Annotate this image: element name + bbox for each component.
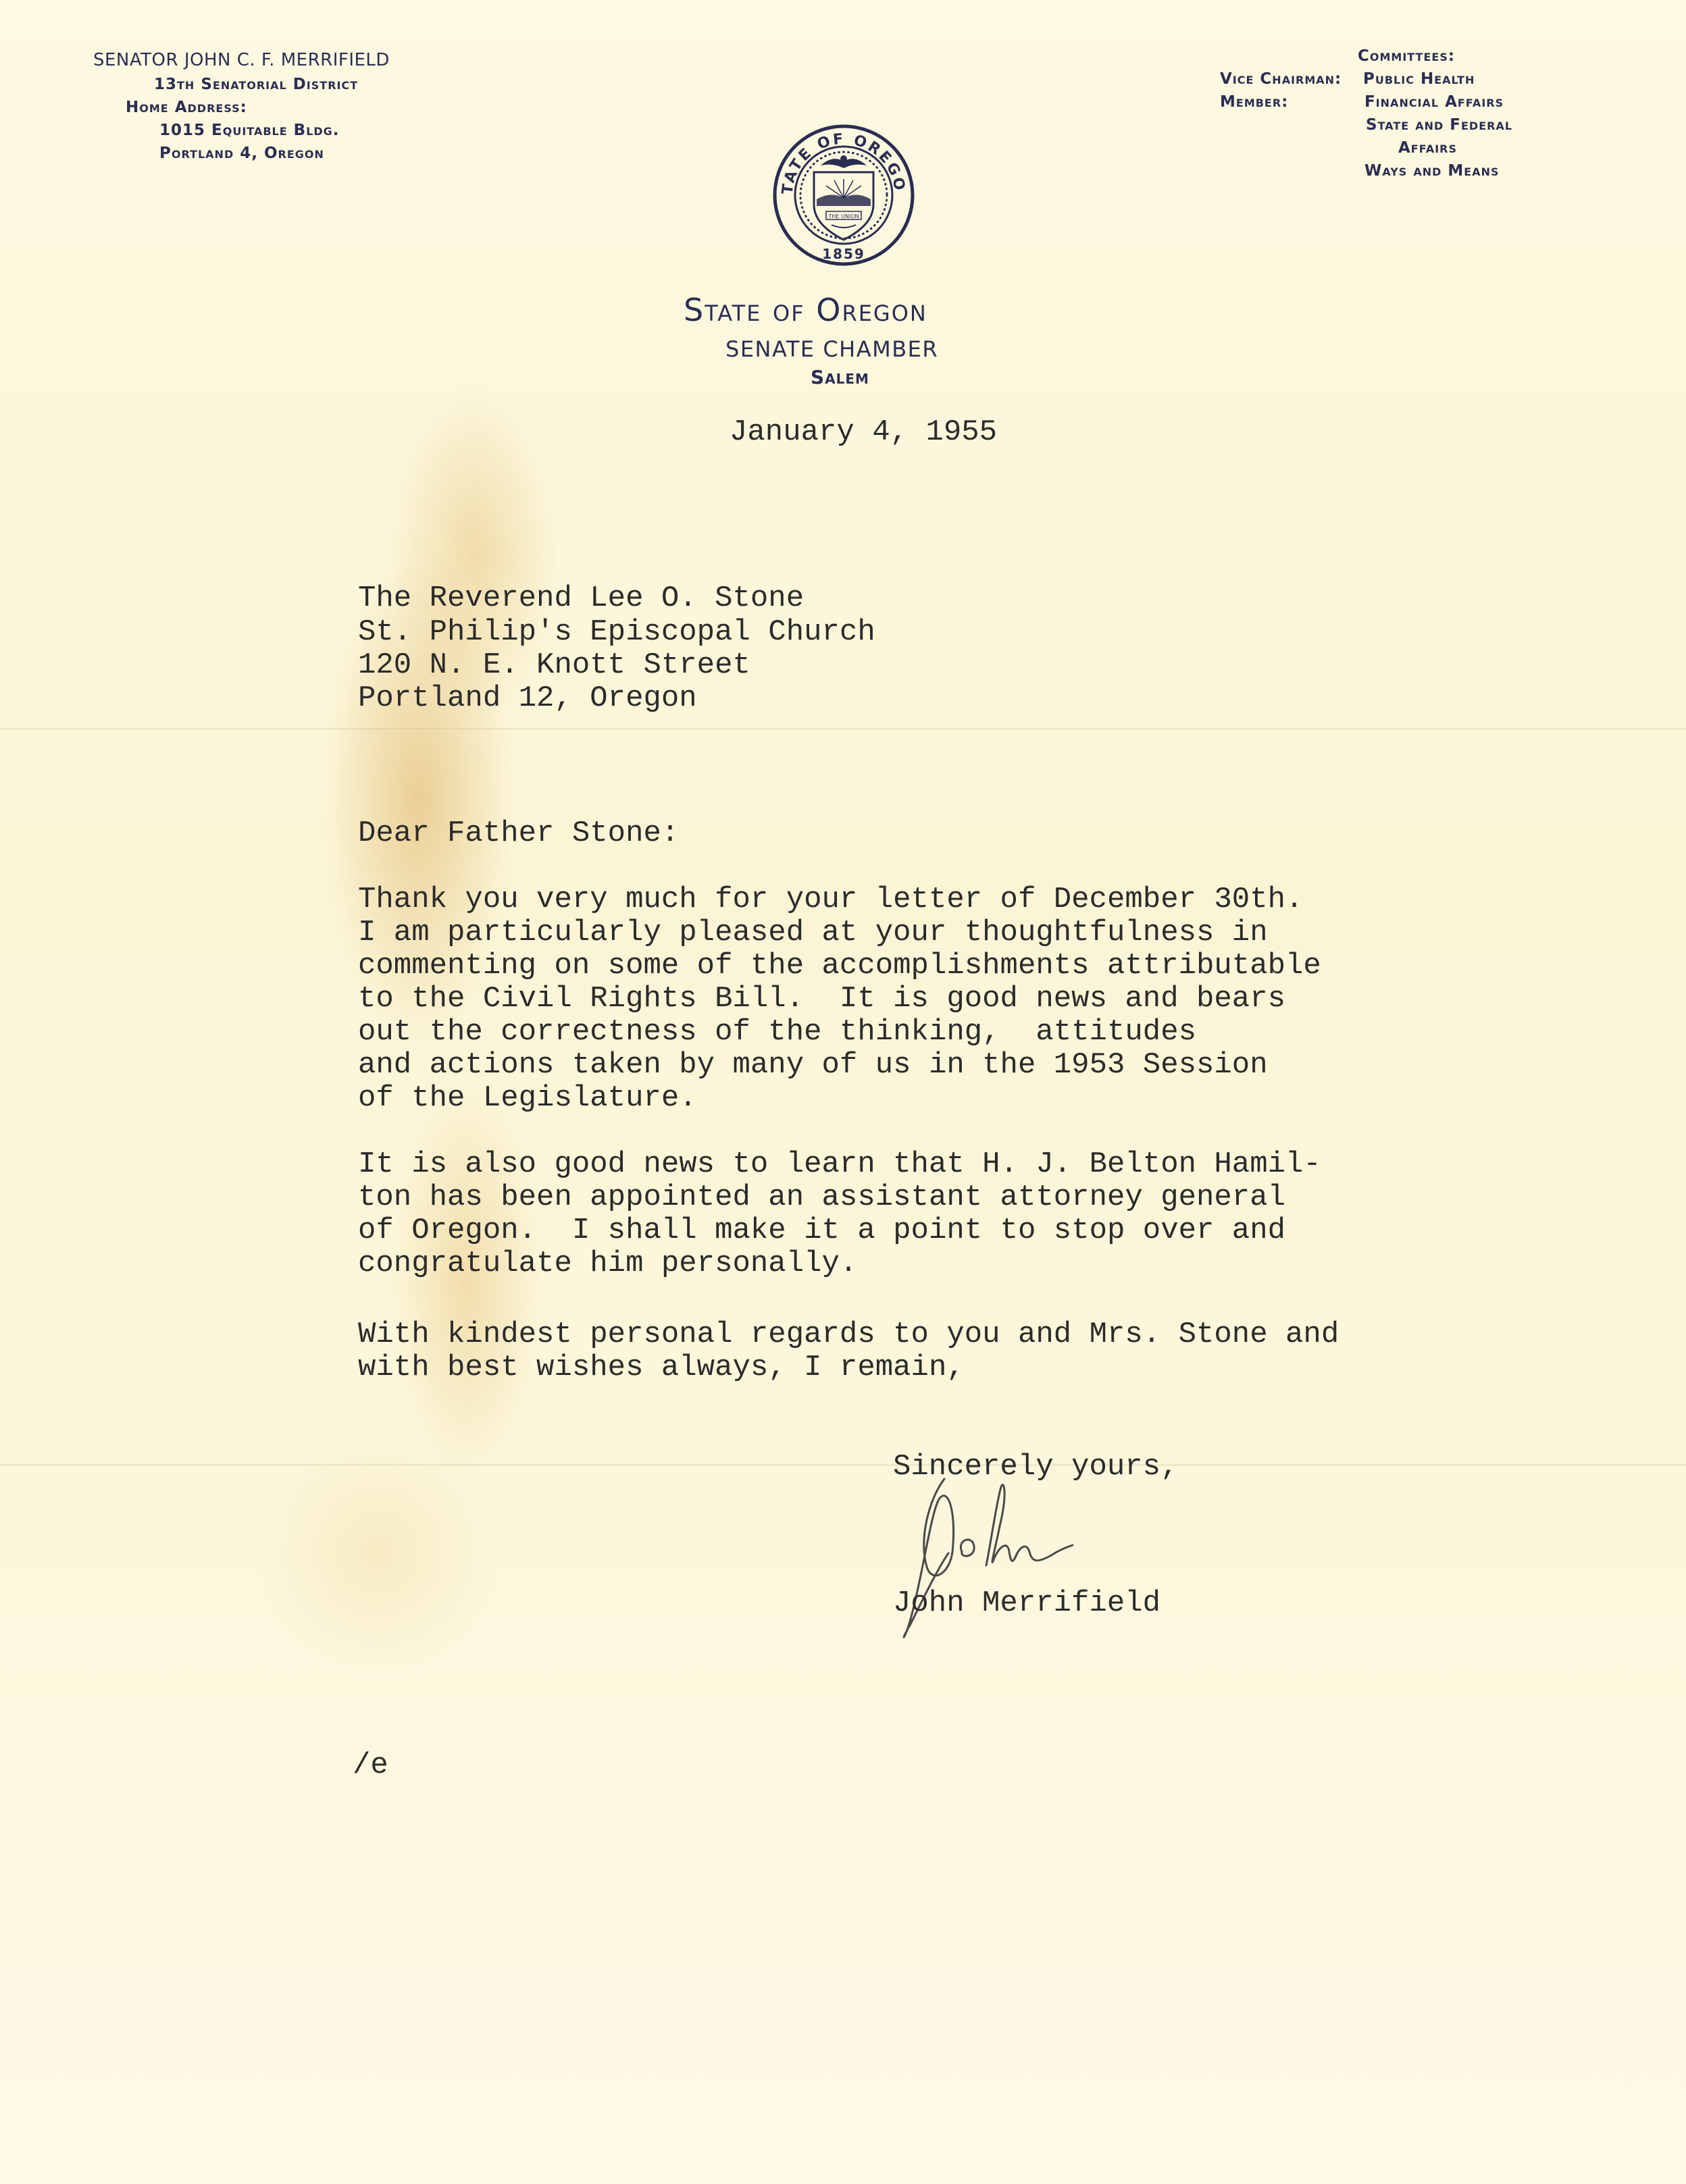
vice-chairman-committee: Public Health xyxy=(1363,70,1475,88)
member-committee: Ways and Means xyxy=(1364,162,1500,180)
body-line: of the Legislature. xyxy=(358,1082,697,1115)
signer-name: John Merrifield xyxy=(893,1587,1160,1620)
handwritten-signature xyxy=(892,1472,1115,1648)
member-label: Member: xyxy=(1220,93,1288,111)
svg-text:STATE OF OREGON: STATE OF OREGON xyxy=(772,124,908,195)
recipient-line: The Reverend Lee O. Stone xyxy=(358,582,804,615)
recipient-line: St. Philip's Episcopal Church xyxy=(358,616,875,649)
recipient-line: Portland 12, Oregon xyxy=(358,682,697,715)
home-address-line1: 1015 Equitable Bldg. xyxy=(159,122,340,139)
committees-heading: Committees: xyxy=(1358,47,1455,65)
letter-date: January 4, 1955 xyxy=(730,416,997,449)
body-line: of Oregon. I shall make it a point to st… xyxy=(358,1214,1285,1247)
reference-initials: /e xyxy=(353,1749,388,1782)
senator-name: SENATOR JOHN C. F. MERRIFIELD xyxy=(93,50,390,70)
member-committee: State and Federal xyxy=(1366,116,1512,134)
body-line: With kindest personal regards to you and… xyxy=(358,1318,1339,1351)
body-line: to the Civil Rights Bill. It is good new… xyxy=(358,983,1285,1016)
body-line: I am particularly pleased at your though… xyxy=(358,916,1268,950)
body-line: It is also good news to learn that H. J.… xyxy=(358,1148,1321,1181)
home-address-label: Home Address: xyxy=(126,99,247,116)
body-line: congratulate him personally. xyxy=(358,1247,857,1280)
senatorial-district: 13th Senatorial District xyxy=(154,76,358,93)
svg-text:1859: 1859 xyxy=(822,246,865,262)
body-line: ton has been appointed an assistant atto… xyxy=(358,1181,1285,1214)
state-title: State of Oregon xyxy=(684,292,927,328)
body-line: Thank you very much for your letter of D… xyxy=(358,883,1303,916)
body-line: commenting on some of the accomplishment… xyxy=(358,950,1321,983)
state-seal-icon: STATE OF OREGON 1859 THE UNION xyxy=(772,124,915,267)
salutation: Dear Father Stone: xyxy=(358,817,679,850)
body-line: with best wishes always, I remain, xyxy=(358,1351,965,1384)
paper-fold-line xyxy=(0,728,1686,730)
member-committee: Financial Affairs xyxy=(1364,93,1504,111)
body-line: out the correctness of the thinking, att… xyxy=(358,1016,1196,1049)
vice-chairman-label: Vice Chairman: xyxy=(1220,70,1342,88)
home-address-line2: Portland 4, Oregon xyxy=(159,145,324,162)
city-salem: Salem xyxy=(811,366,869,388)
body-line: and actions taken by many of us in the 1… xyxy=(358,1049,1268,1082)
senate-chamber: SENATE CHAMBER xyxy=(725,336,938,362)
member-committee: Affairs xyxy=(1398,139,1457,157)
paper-fold-line xyxy=(0,1464,1686,1466)
recipient-line: 120 N. E. Knott Street xyxy=(358,649,750,682)
svg-text:THE UNION: THE UNION xyxy=(828,213,859,219)
